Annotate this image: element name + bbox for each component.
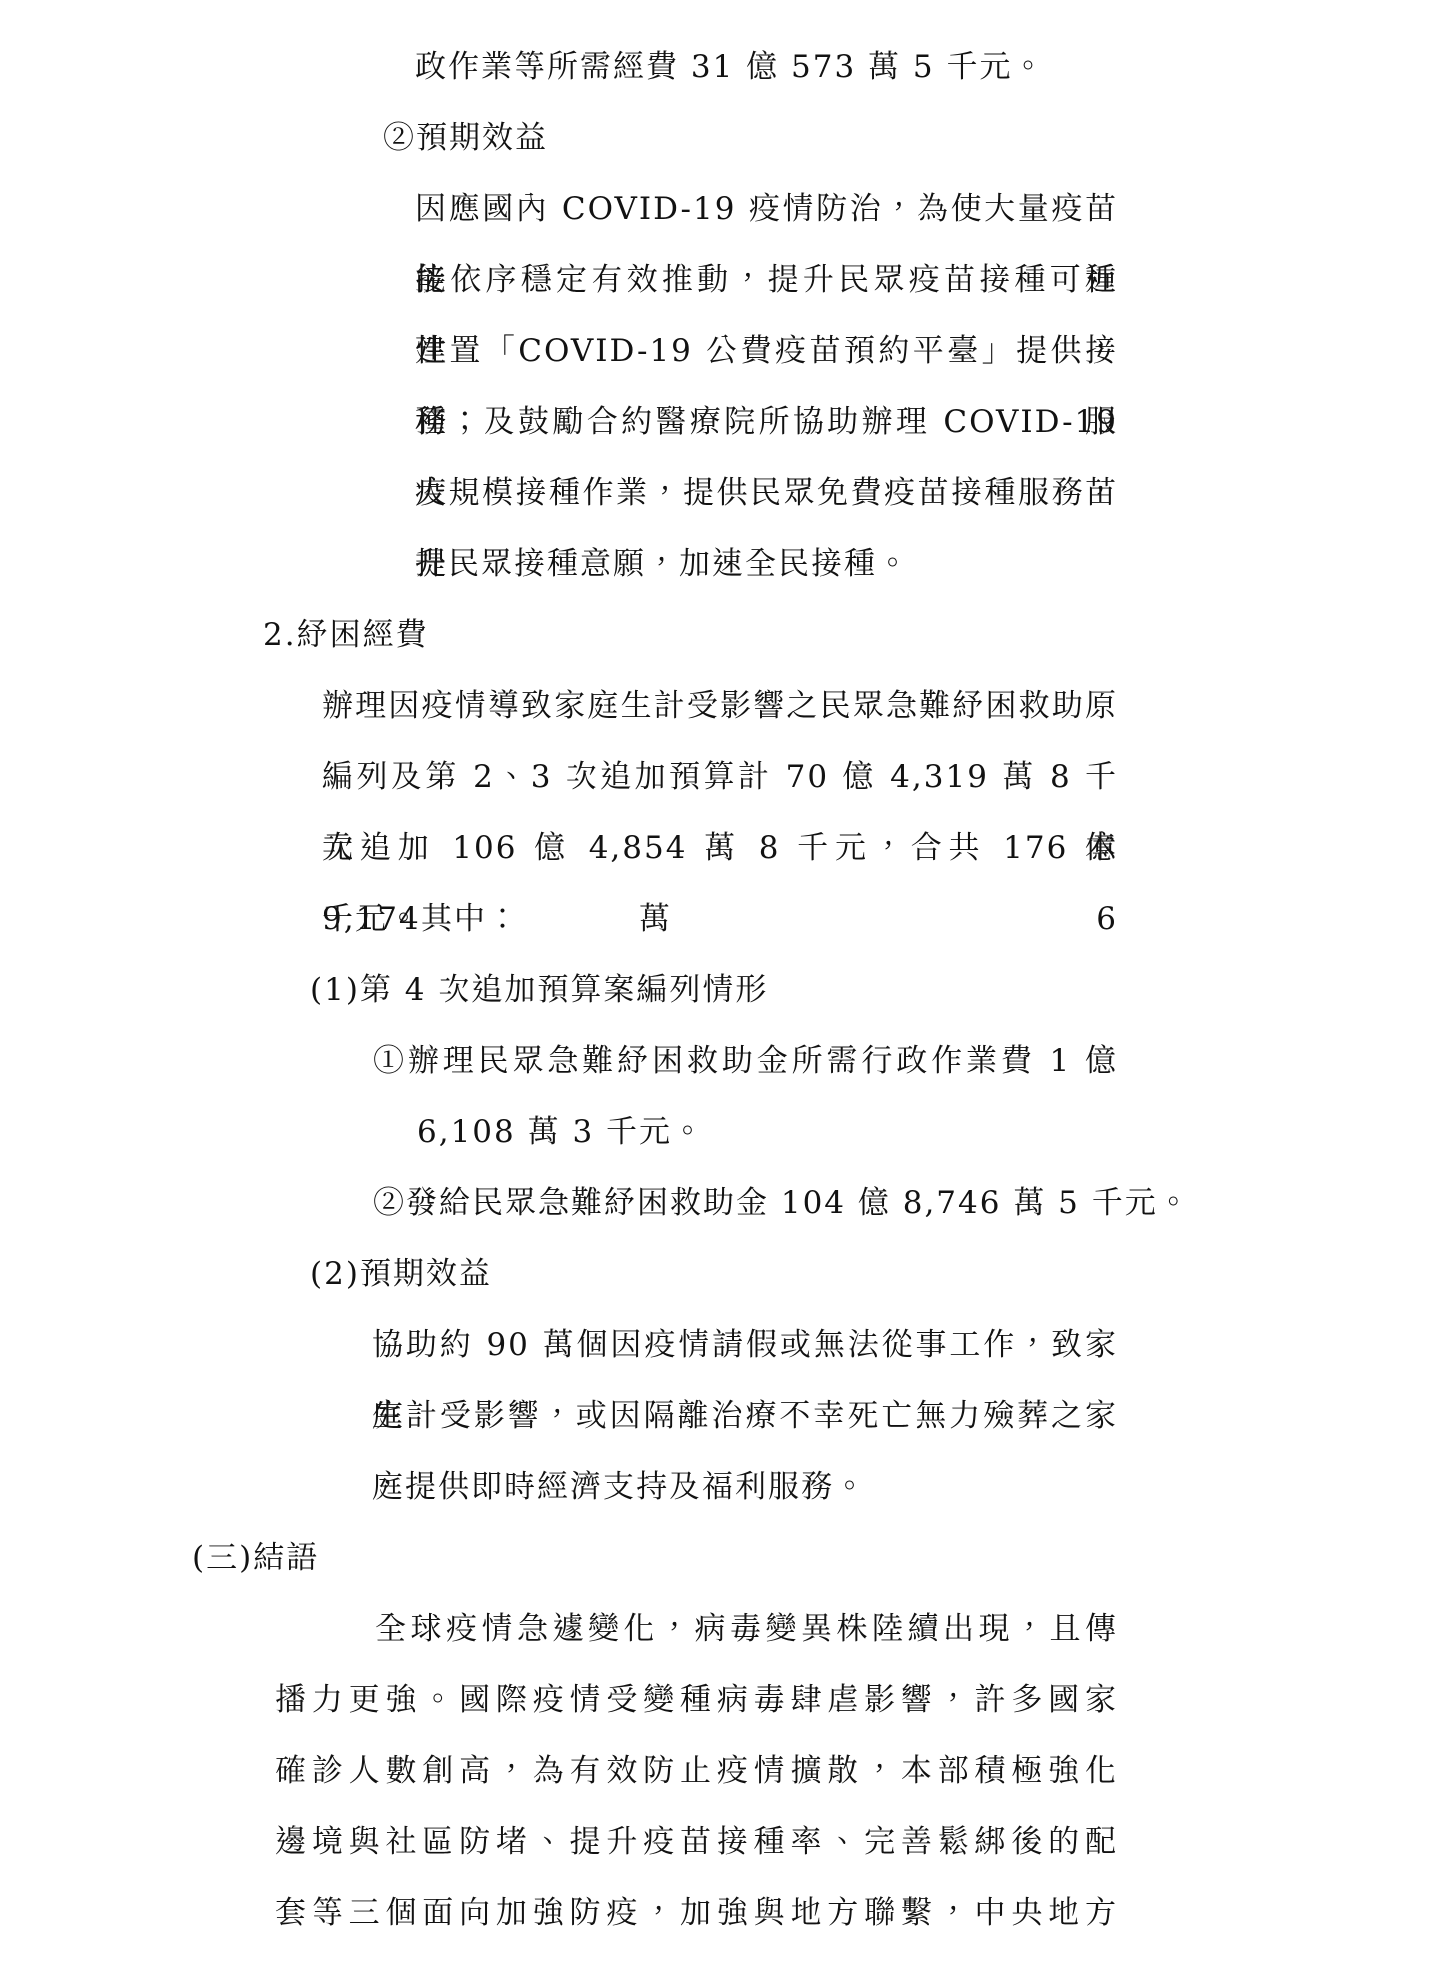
text-line: 套等三個面向加強防疫，加強與地方聯繫，中央地方 xyxy=(275,1878,1118,1949)
text-line: (三)結語 xyxy=(192,1523,1442,1594)
text-line: 6,108 萬 3 千元。 xyxy=(417,1097,1442,1168)
text-line: ②預期效益 xyxy=(383,103,1442,174)
text-line: 務；及鼓勵合約醫療院所協助辦理 COVID-19 疫苗 xyxy=(415,387,1118,458)
text-line: 次追加 106 億 4,854 萬 8 千元，合共 176 億 9,174 萬 … xyxy=(322,813,1118,884)
text-line: ，提供即時經濟支持及福利服務。 xyxy=(372,1452,1442,1523)
text-line: 辦理因疫情導致家庭生計受影響之民眾急難紓困救助原 xyxy=(322,671,1118,742)
text-line: 生計受影響，或因隔離治療不幸死亡無力殮葬之家庭 xyxy=(372,1381,1118,1452)
text-line: 升民眾接種意願，加速全民接種。 xyxy=(415,529,1442,600)
text-line: 因應國內 COVID-19 疫情防治，為使大量疫苗接種 xyxy=(415,174,1118,245)
text-line: 能依序穩定有效推動，提升民眾疫苗接種可近性， xyxy=(415,245,1118,316)
text-line: 大規模接種作業，提供民眾免費疫苗接種服務，提 xyxy=(415,458,1118,529)
text-line: (2)預期效益 xyxy=(310,1239,1442,1310)
document-page: 政作業等所需經費 31 億 573 萬 5 千元。②預期效益因應國內 COVID… xyxy=(0,0,1442,1970)
text-line: 邊境與社區防堵、提升疫苗接種率、完善鬆綁後的配 xyxy=(275,1807,1118,1878)
text-line: 確診人數創高，為有效防止疫情擴散，本部積極強化 xyxy=(275,1736,1118,1807)
text-line: ②發給民眾急難紓困救助金 104 億 8,746 萬 5 千元。 xyxy=(373,1168,1442,1239)
document-body: 政作業等所需經費 31 億 573 萬 5 千元。②預期效益因應國內 COVID… xyxy=(0,32,1442,1949)
text-line: ①辦理民眾急難紓困救助金所需行政作業費 1 億 xyxy=(373,1026,1118,1097)
text-line: 播力更強。國際疫情受變種病毒肆虐影響，許多國家 xyxy=(275,1665,1118,1736)
text-line: 協助約 90 萬個因疫情請假或無法從事工作，致家庭 xyxy=(372,1310,1118,1381)
text-line: 政作業等所需經費 31 億 573 萬 5 千元。 xyxy=(415,32,1442,103)
text-line: 2.紓困經費 xyxy=(263,600,1442,671)
text-line: (1)第 4 次追加預算案編列情形 xyxy=(310,955,1442,1026)
text-line: 建置「COVID-19 公費疫苗預約平臺」提供接種服 xyxy=(415,316,1118,387)
text-line: 編列及第 2、3 次追加預算計 70 億 4,319 萬 8 千元，本 xyxy=(322,742,1118,813)
text-line: 全球疫情急遽變化，病毒變異株陸續出現，且傳 xyxy=(375,1594,1118,1665)
